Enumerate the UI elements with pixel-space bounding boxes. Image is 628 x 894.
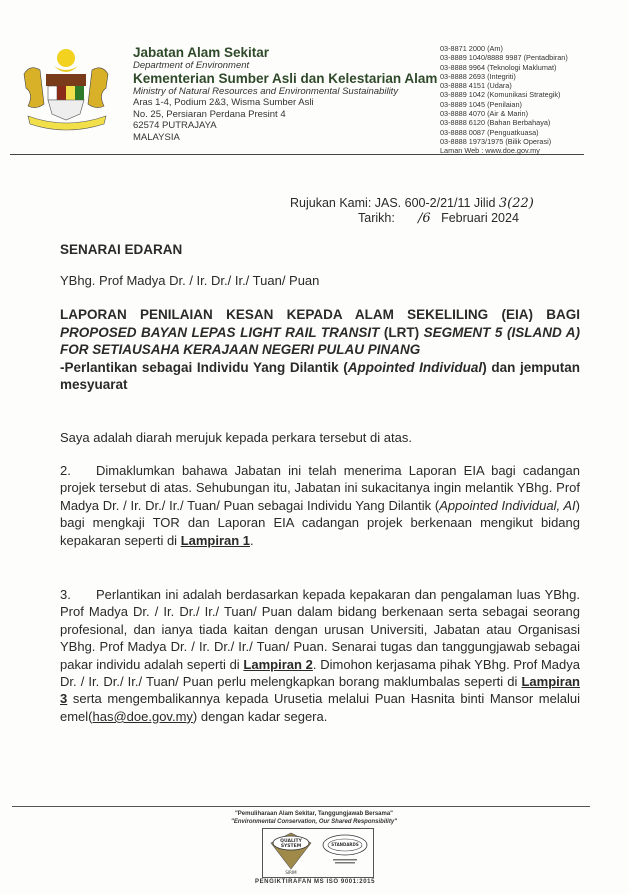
contact-line: 03-8888 4070 (Air & Marin) bbox=[440, 109, 568, 118]
contact-line: 03-8888 6120 (Bahan Berbahaya) bbox=[440, 118, 568, 127]
paragraph-2: 2.Dimaklumkan bahawa Jabatan ini telah m… bbox=[60, 462, 580, 549]
footer-tagline: "Pemuliharaan Alam Sekitar, Tanggungjawa… bbox=[0, 811, 628, 817]
handwritten-day: /6 bbox=[418, 211, 431, 226]
address-line: No. 25, Persiaran Perdana Presint 4 bbox=[133, 109, 437, 121]
contact-line: 03-8889 1045 (Penilaian) bbox=[440, 100, 568, 109]
contact-line: 03-8888 2693 (Integriti) bbox=[440, 72, 568, 81]
footer-divider bbox=[12, 806, 590, 807]
contact-line: 03-8888 4151 (Udara) bbox=[440, 81, 568, 90]
reference-block: Rujukan Kami: JAS. 600-2/21/11 Jilid 3(2… bbox=[290, 196, 534, 226]
subject-title: LAPORAN PENILAIAN KESAN KEPADA ALAM SEKE… bbox=[60, 306, 580, 394]
quality-system-icon: QUALITY SYSTEM SIRIM STANDARDS bbox=[263, 829, 373, 877]
contact-line: 03-8889 1040/8888 9987 (Pentadbiran) bbox=[440, 53, 568, 62]
address-line: Aras 1-4, Podium 2&3, Wisma Sumber Asli bbox=[133, 97, 437, 109]
malaysia-coat-of-arms-icon bbox=[14, 44, 118, 134]
contact-line: 03-8888 9964 (Teknologi Maklumat) bbox=[440, 63, 568, 72]
reference-number: Rujukan Kami: JAS. 600-2/21/11 Jilid 3(2… bbox=[290, 196, 534, 211]
lampiran-2-link[interactable]: Lampiran 2 bbox=[243, 657, 312, 672]
contact-line: 03-8888 1973/1975 (Bilik Operasi) bbox=[440, 137, 568, 146]
footer-tagline-en: "Environmental Conservation, Our Shared … bbox=[0, 819, 628, 825]
email-link[interactable]: has@doe.gov.my bbox=[93, 709, 193, 724]
salutation: YBhg. Prof Madya Dr. / Ir. Dr./ Ir./ Tua… bbox=[60, 272, 580, 289]
department-name-en: Department of Environment bbox=[133, 60, 437, 71]
ministry-name: Kementerian Sumber Asli dan Kelestarian … bbox=[133, 71, 437, 86]
handwritten-ref: 3(22) bbox=[499, 196, 534, 211]
intro-paragraph: Saya adalah diarah merujuk kepada perkar… bbox=[60, 429, 580, 446]
contact-line: 03-8888 0087 (Penguatkuasa) bbox=[440, 128, 568, 137]
ministry-name-en: Ministry of Natural Resources and Enviro… bbox=[133, 86, 437, 97]
letter-date: Tarikh:/6 Februari 2024 bbox=[290, 211, 534, 226]
contact-list: 03-8871 2000 (Am) 03-8889 1040/8888 9987… bbox=[440, 44, 568, 156]
certification-box: QUALITY SYSTEM SIRIM STANDARDS bbox=[262, 828, 374, 878]
address-line: MALAYSIA bbox=[133, 132, 437, 144]
department-name: Jabatan Alam Sekitar bbox=[133, 45, 437, 60]
svg-text:STANDARDS: STANDARDS bbox=[331, 842, 359, 847]
letterhead-text: Jabatan Alam Sekitar Department of Envir… bbox=[133, 45, 437, 143]
contact-line: 03-8889 1042 (Komunikasi Strategik) bbox=[440, 90, 568, 99]
svg-text:SIRIM: SIRIM bbox=[285, 870, 297, 875]
distribution-heading: SENARAI EDARAN bbox=[60, 241, 580, 258]
contact-line: 03-8871 2000 (Am) bbox=[440, 44, 568, 53]
header-divider bbox=[10, 154, 584, 155]
address-line: 62574 PUTRAJAYA bbox=[133, 120, 437, 132]
certification-caption: PENGIKTIRAFAN MS ISO 9001:2015 bbox=[240, 879, 390, 885]
paragraph-3: 3.Perlantikan ini adalah berdasarkan kep… bbox=[60, 586, 580, 725]
svg-text:SYSTEM: SYSTEM bbox=[281, 843, 302, 849]
lampiran-1-link[interactable]: Lampiran 1 bbox=[181, 533, 250, 548]
